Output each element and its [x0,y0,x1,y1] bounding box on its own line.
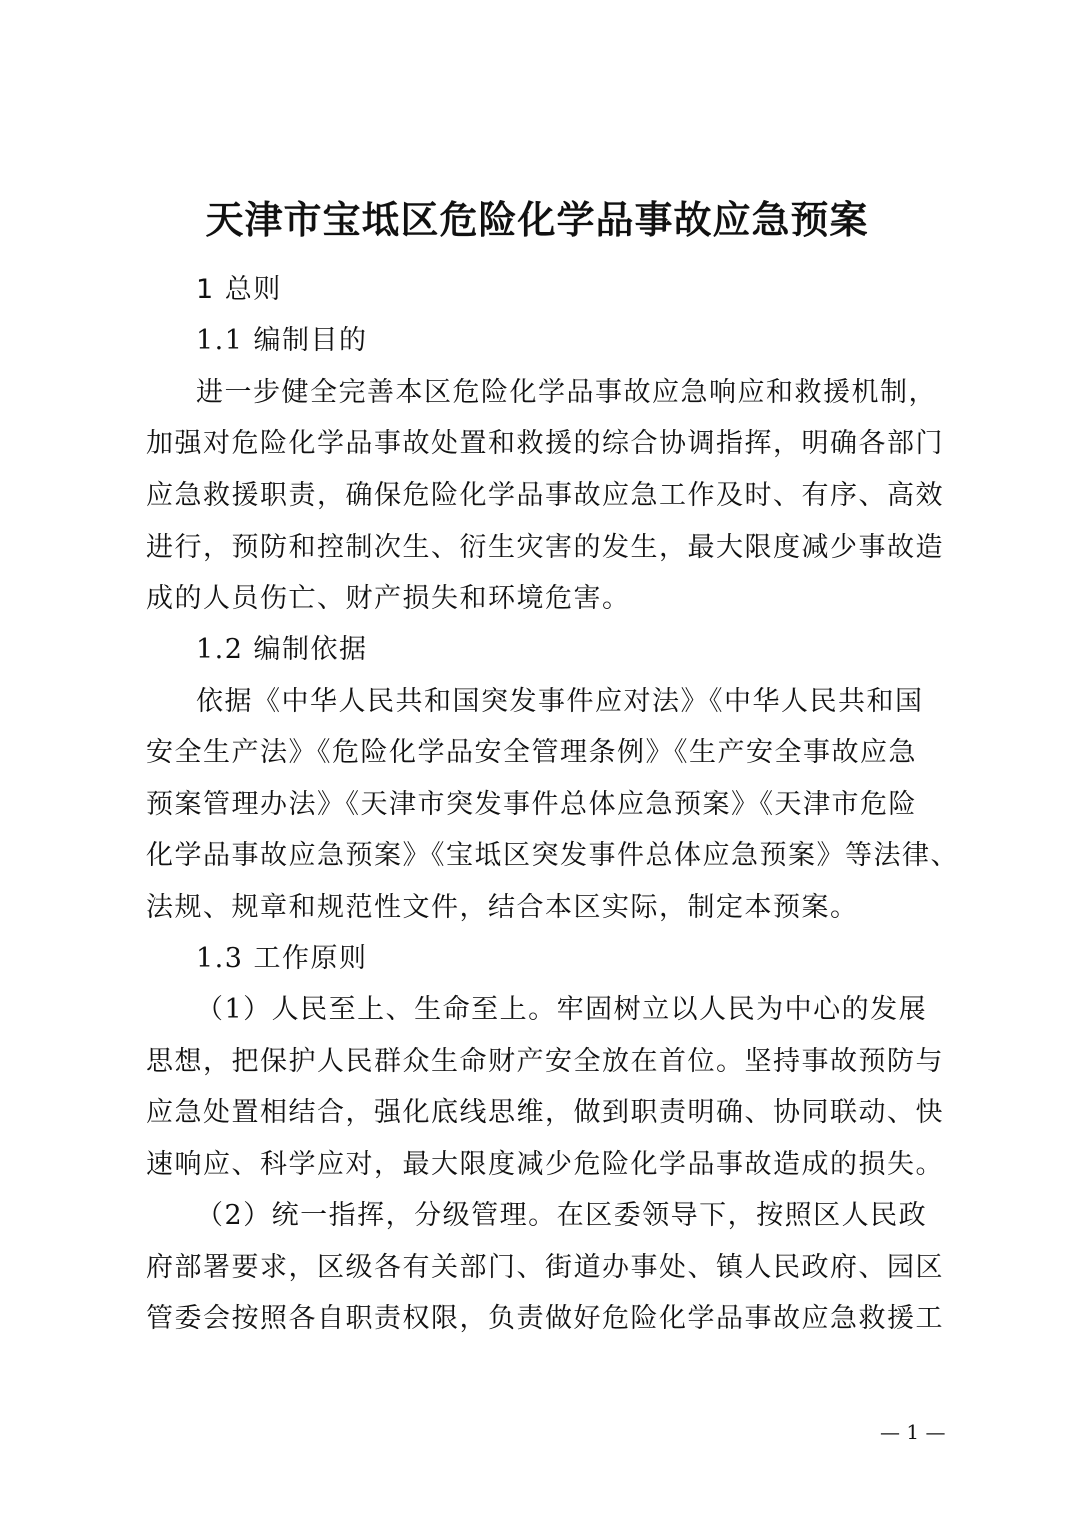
paragraph-line: 进一步健全完善本区危险化学品事故应急响应和救援机制， [196,373,996,413]
paragraph-line: 加强对危险化学品事故处置和救援的综合协调指挥，明确各部门 [146,424,946,464]
paragraph-line: （2）统一指挥，分级管理。在区委领导下，按照区人民政 [196,1196,996,1236]
paragraph-line: 思想，把保护人民群众生命财产安全放在首位。坚持事故预防与 [146,1042,946,1082]
paragraph-line: 速响应、科学应对，最大限度减少危险化学品事故造成的损失。 [146,1145,946,1185]
paragraph-line: 法规、规章和规范性文件，结合本区实际，制定本预案。 [146,888,946,928]
paragraph-line: （1）人民至上、生命至上。牢固树立以人民为中心的发展 [196,990,996,1030]
page-number: — 1 — [880,1420,945,1444]
paragraph-line: 预案管理办法》《天津市突发事件总体应急预案》《天津市危险 [146,785,946,825]
paragraph-line: 进行，预防和控制次生、衍生灾害的发生，最大限度减少事故造 [146,528,946,568]
section-heading-1: 1 总则 [196,270,996,310]
section-heading-1-3: 1.3 工作原则 [196,939,996,979]
section-heading-1-1: 1.1 编制目的 [196,321,996,361]
paragraph-line: 化学品事故应急预案》《宝坻区突发事件总体应急预案》等法律、 [146,836,946,876]
document-page: 天津市宝坻区危险化学品事故应急预案 1 总则 1.1 编制目的 进一步健全完善本… [0,0,1074,1520]
paragraph-line: 安全生产法》《危险化学品安全管理条例》《生产安全事故应急 [146,733,946,773]
paragraph-line: 应急处置相结合，强化底线思维，做到职责明确、协同联动、快 [146,1093,946,1133]
paragraph-line: 府部署要求，区级各有关部门、街道办事处、镇人民政府、园区 [146,1248,946,1288]
section-heading-1-2: 1.2 编制依据 [196,630,996,670]
paragraph-line: 应急救援职责，确保危险化学品事故应急工作及时、有序、高效 [146,476,946,516]
paragraph-line: 管委会按照各自职责权限，负责做好危险化学品事故应急救援工 [146,1299,946,1339]
paragraph-line: 依据《中华人民共和国突发事件应对法》《中华人民共和国 [196,682,996,722]
document-title: 天津市宝坻区危险化学品事故应急预案 [0,193,1074,247]
paragraph-line: 成的人员伤亡、财产损失和环境危害。 [146,579,946,619]
